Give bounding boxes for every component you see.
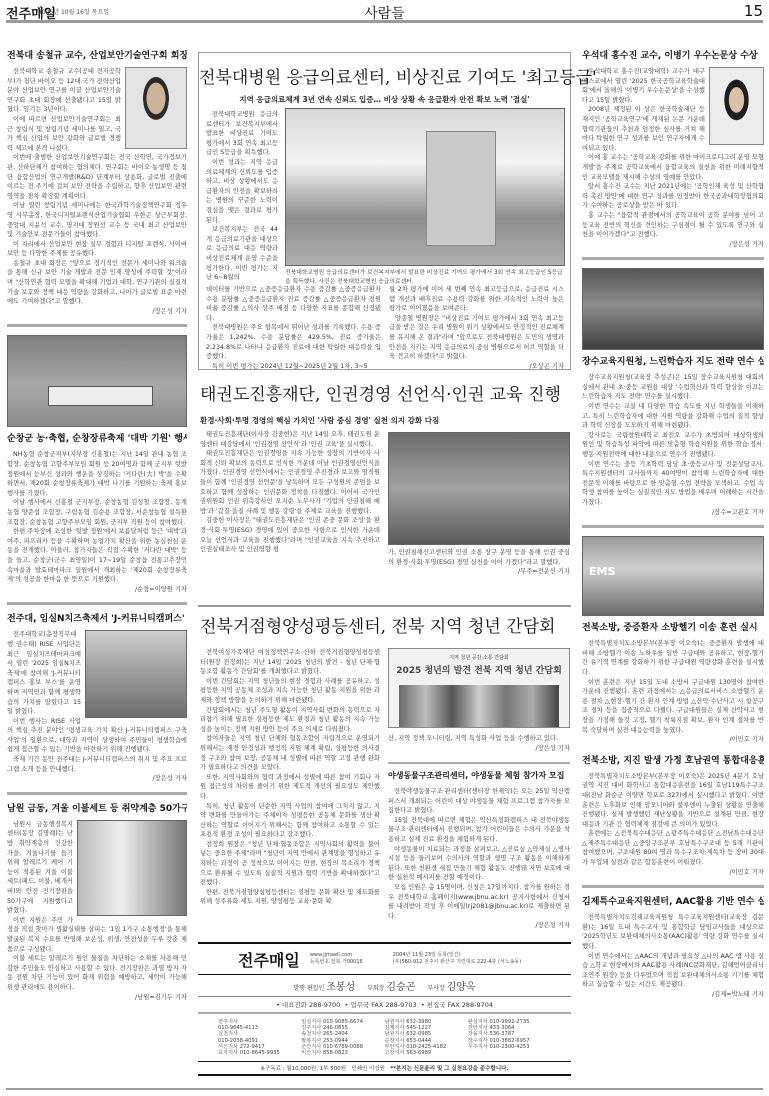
paragraph: 데이터를 기반으로 △중증응급환자 수용 증감률 △중증응급환자 수용 분담률 … <box>206 285 381 323</box>
paragraph: 앞서 홍수진 교수는 지난 2021년에는 '공학인재 육성 및 산학협력 촉진… <box>582 182 764 211</box>
byline: /장은성 기자 <box>582 240 764 250</box>
branch-directory: 전주지사임실지사 010-9085-6674남원지사 632-3980완실지사 … <box>198 1014 571 1061</box>
paragraph: 전북특별자치도김제교육지원청 특수교육지원센터(교육장 김문환)는 16일 도내… <box>582 913 764 951</box>
subheadline: 지역 응급의료체계 3년 연속 신뢰도 입증… 비상 상황 속 응급환자 안전 … <box>199 94 570 105</box>
paragraph: NH농협 순창군지부(지부장 신홍철)는 지난 14일 관내 농협 조합장, 순… <box>7 450 187 498</box>
byline: /김제=박노태 기자 <box>582 990 764 1000</box>
paragraph: 송철규 초대 회장은 "앞으로 정기적인 전문가 세미나와 워크숍을 통해 신규… <box>7 259 187 307</box>
masthead-rule <box>6 20 763 23</box>
article-fire-quake: 전북소방, 지진 발생 가정 호남권역 통합대응훈련 전북특별자치도소방본부(본… <box>582 755 764 878</box>
banner-title: 2025 청년의 발견 전북 지역 청년 간담회 <box>389 663 569 676</box>
paragraph: 전북야생동물구조·관리센터(센터장 한재익)는 오는 25일 익산캠퍼스서 개최… <box>388 787 570 816</box>
paragraph: 이번 지원은 주민 가정을 직접 찾아가 생활실태를 살피는 '1일 1가구 소… <box>7 916 187 954</box>
paragraph: 이 자리에서 산업보안 현장 실무 경험과 디지털 포렌식, 사이버보안 등 다… <box>7 240 187 259</box>
right-column: 우석대 홍수진 교수, 이병기 우수논문상 수상 우석대학교 홍수진(교양대학)… <box>582 50 764 1000</box>
article-taekwondo: 태권도진흥재단, 인권경영 선언식·인권 교육 진행 환경·사회·투명 경영의 … <box>198 380 571 590</box>
footer-logo: 전주매일 <box>238 948 300 971</box>
article-jeonju: 전주대, 임실N치즈축제서 'J-커뮤니티캠퍼스' 홍보 전주대학교(총장직무대… <box>7 613 187 784</box>
article-wildlife: 야생동물구조관리센터, 야생동물 체험 참가자 모집 전북야생동물구조·관리센터… <box>388 770 570 931</box>
article-gender: 전북거점형양성평등센터, 전북 지역 청년 간담회 전북여성가족재단 여성정책연… <box>198 612 571 932</box>
banner-small-text: 지역 청년 공감·소통 간담회 <box>389 654 569 661</box>
address: (우)560-912 전주시 완산구 기린대로 222-4층 (서노송동) <box>393 959 521 966</box>
headline[interactable]: 태권도진흥재단, 인권경영 선언식·인권 교육 진행 <box>200 380 571 405</box>
subscription-line: ※구독료 : 월10,000원, 1부 500원 인쇄인 이상원 **본지는 신… <box>198 1062 571 1074</box>
article-song: 전북대 송철규 교수, 산업보안기술연구회 회장에 전북대학교 송철규 교수(공… <box>7 50 187 316</box>
byline: /장은성 기자 <box>7 307 187 317</box>
article-hong: 우석대 홍수진 교수, 이병기 우수논문상 수상 우석대학교 홍수진(교양대학)… <box>582 50 764 249</box>
paragraph: 이번 훈련은 지난 15일 도내 소방서 구급대원 130명이 참여한 가운데 … <box>582 678 764 736</box>
paragraph: 태권도진흥재단(이사장 김중헌)은 지난 14일 오후, 태권도원 운영센터 대… <box>200 430 380 449</box>
staff-line: 발행·편집인 조봉성 부회장 김승곤 부사장 김양옥 <box>198 975 571 996</box>
paragraph: 이번 행사는 RISE 사업의 핵심 추진 분야인 '평생교육 가치 확산 J-… <box>7 717 187 755</box>
paragraph: 축제 기간 동안 전주대는 J-커뮤니티캠퍼스의 취지 및 주요 프로그램 소개… <box>7 755 187 774</box>
footer-rule <box>198 1074 571 1076</box>
left-column: 전북대 송철규 교수, 산업보안기술연구회 회장에 전북대학교 송철규 교수(공… <box>7 50 187 1002</box>
paragraph: 전정희 원장은 "청년 단체·협동조합은 지역사회의 활력을 불어넣는 중요한 … <box>200 840 380 888</box>
headline[interactable]: 순창군 농·축협, 순창장류축제 '대박 기원' 행사 <box>7 433 187 445</box>
booth-photo <box>85 630 187 718</box>
phone-line: • 대표전화 288-9700 • 업무국 FAX 288-9703 • 편집국… <box>198 997 571 1012</box>
registration-number: 등록번호 전북 가00016 <box>310 959 363 966</box>
hospital-text-left: 전북대학교병원 응급의료센터가 보건복지부에서 발표한 비상진료 기여도 평가에… <box>206 110 278 283</box>
banner-in-photo <box>48 386 153 406</box>
paragraph: 김중헌 이사장은 "태권도진흥재단은 '인권 존중 문화 조성'을 환경·사회·… <box>200 516 380 554</box>
paragraph: 한편, 전북거점형양성평등센터는 성평등 문화 확산 및 제도화를 위해 성주류… <box>200 888 380 907</box>
paragraph: 강사로는 국립창원대학교 최진오 교수가 초빙되어 대상학생의 원인 및 학습특… <box>582 431 764 460</box>
headline[interactable]: 전주대, 임실N치즈축제서 'J-커뮤니티캠퍼스' 홍보 <box>7 613 187 625</box>
divider <box>582 885 764 888</box>
spacer <box>582 745 764 755</box>
paragraph: 전북대학교병원 응급의료센터가 보건복지부에서 발표한 비상진료 기여도 평가에… <box>206 110 278 158</box>
article-hospital: 전북대병원 응급의료센터, 비상진료 기여도 '최고등급' 지역 응급의료체계 … <box>198 52 571 370</box>
paragraph: 전북특별자치도소방본부(본부장 이오숙)는 중증환자 발생에 대비해 소방헬기 … <box>582 639 764 677</box>
headline[interactable]: 전북소방, 지진 발생 가정 호남권역 통합대응훈련 <box>582 755 764 767</box>
vice-name: 김승곤 <box>386 982 415 993</box>
byline: /순창=이양원 기자 <box>7 585 187 595</box>
page-number: 15 <box>744 2 763 20</box>
article-gimje: 김제특수교육지원센터, AAC활용 기반 연수 실시 전북특별자치도김제교육지원… <box>582 896 764 999</box>
article-namwon: 남원 금동, 겨울 이불세트 등 취약계층 50가구 지원 남원시 금동행정복지… <box>7 803 187 1002</box>
paragraph: 장수교육지원청(교육장 추성곤)은 15일 장수교육지원청 대회의실에서 관내 … <box>582 373 764 402</box>
byline: /무주=전운선 기자 <box>388 567 570 577</box>
paragraph: 양종철 병원장은 "비상진료 기여도 평가에서 3회 연속 최고등급을 받은 것… <box>389 314 564 362</box>
paragraph: 이에 홍 교수는 '공학교육 강화를 위한 마이크로디그리 운영 모형 개발'을… <box>582 153 764 182</box>
byline: /장은성 기자 <box>388 921 570 931</box>
byline: /남원=김기두 기자 <box>7 993 187 1003</box>
paragraph: 전북여성가족재단 여성정책연구소 산하 전북거점형양성평등센터(원장 전정희)는… <box>200 648 380 677</box>
hospital-text-bottom-right: 월 2차 평가에 이어 세 번째 연속 최고등급으로, 응급진료 시스템 개선과… <box>389 285 564 371</box>
branch: 효자지사 010-8645-9935 <box>218 1050 301 1056</box>
taekwondo-text-right: 가, 인권침해신고센터와 인권 소통 창구 운영 등을 통해 인권 중심의 환경… <box>388 548 570 577</box>
taekwondo-text-left: 태권도진흥재단(이사장 김중헌)은 지난 14일 오후, 태권도원 운영센터 대… <box>200 430 380 555</box>
paragraph: 이불 세트는 알레르기 원인 물질을 차단하는 소재를 사용해 민감한 주민들도… <box>7 954 187 992</box>
ethics-statement: **본지는 신문윤리 및 그 실천요강을 준수합니다. <box>390 1066 508 1072</box>
gender-text-left: 전북여성가족재단 여성정책연구소 산하 전북거점형양성평등센터(원장 전정희)는… <box>200 648 380 907</box>
vp-name: 김양옥 <box>447 982 476 993</box>
publisher-name: 조봉성 <box>326 982 355 993</box>
page-bottom-rule <box>6 1088 763 1090</box>
paragraph: 참여자들은 지역 청년 단체와 협동조합이 자립적으로 운영되기 위해서는 재정… <box>200 734 380 772</box>
participants-group <box>399 685 559 727</box>
divider <box>388 762 570 764</box>
event-photo <box>7 335 187 427</box>
branch: 익산지사 858-0823 <box>301 1050 384 1056</box>
headline[interactable]: 전북거점형양성평등센터, 전북 지역 청년 간담회 <box>200 612 571 637</box>
youth-forum-photo: 지역 청년 공감·소통 간담회 2025 청년의 발견 전북 지역 청년 간담회 <box>388 648 570 728</box>
divider <box>198 605 571 607</box>
headline[interactable]: 전북대 송철규 교수, 산업보안기술연구회 회장에 <box>7 50 187 62</box>
ems-label: EMS <box>589 567 615 577</box>
headline[interactable]: 전북대병원 응급의료센터, 비상진료 기여도 '최고등급' <box>199 63 570 88</box>
paragraph: 야생동물이 치료되는 과정을 살펴보고, △진료실 △약제실 △병사시설 등을 … <box>388 845 570 883</box>
paragraph: 전북대병원은 주요 항목에서 뛰어난 성과를 기록했다. 수용 증가율은 1,2… <box>206 323 381 361</box>
byline: /오상곤 기자 <box>389 362 564 372</box>
paragraph: 특히, 청년 활동이 단순한 지역 사업의 참여에 그치지 않고, 지역 변화를… <box>200 802 380 840</box>
branch <box>468 1050 551 1056</box>
byline: /장수=고관호 기자 <box>582 508 764 518</box>
paragraph: 가, 인권침해신고센터와 인권 소통 창구 운영 등을 통해 인권 중심의 환경… <box>388 548 570 567</box>
footer-address-info: 2004년 11월 23일 등록(일간) (우)560-912 전주시 완산구 … <box>393 952 521 966</box>
paragraph: 월 2차 평가에 이어 세 번째 연속 최고등급으로, 응급진료 시스템 개선과… <box>389 285 564 314</box>
paragraph: 전북특별자치도소방본부(본부장 이오숙)은 2025년 4분기 호남권역 지진 … <box>582 772 764 830</box>
paragraph: 한편 주차장에 조성한 '텃밭 정원'에서 보름달처럼 둥근 '대박'과 여주,… <box>7 527 187 585</box>
paragraph: 보건복지부는 전국 44개 응급의료기관을 대상으로 응급의료 대응 역량과 비… <box>206 225 278 283</box>
subheadline: 환경·사회·투명 경영의 핵심 가치인 '사람 중심 경영' 실천 의지 강화 … <box>200 415 571 426</box>
paragraph: 또한, 지역사회와의 협력 과정에서 성별에 따른 참여 기회나 자원 접근성의… <box>200 773 380 802</box>
printer: 인쇄인 이상원 <box>351 1066 385 1072</box>
headline[interactable]: 야생동물구조관리센터, 야생동물 체험 참가자 모집 <box>388 770 570 782</box>
article-fire-heli: EMS 전북소방, 중증환자 소방헬기 이송 훈련 실시 전북특별자치도소방본부… <box>582 536 764 745</box>
paragraph: 이번 성과는 지역 응급의료체계의 신뢰도를 입증하고, 비상 상황에서도 응급… <box>206 158 278 225</box>
headline[interactable]: 우석대 홍수진 교수, 이병기 우수논문상 수상 <box>582 50 764 62</box>
branch: 고창지사 563-6989 <box>385 1050 468 1056</box>
publisher-label: 발행·편집인 <box>293 985 324 992</box>
divider <box>582 257 764 260</box>
hospital-text-bottom-left: 데이터를 기반으로 △중증응급환자 수용 증감률 △중증응급환자 수용 분담률 … <box>206 285 381 371</box>
founded-date: 2004년 11월 23일 등록(일간) <box>393 952 521 959</box>
divider <box>7 602 187 605</box>
editorial-fax: • 편집국 FAX 288-9704 <box>421 1001 493 1009</box>
paragraph: 이번 연수는 교실 내 다양한 학습 속도를 지닌 학생들을 이해하고, 특히 … <box>582 402 764 431</box>
training-photo <box>582 268 764 350</box>
website-link[interactable]: www.jjmaeil.com <box>310 952 363 959</box>
subscription-price: ※구독료 : 월10,000원, 1부 500원 <box>260 1066 346 1072</box>
paragraph: 이번 간담회는 지역 청년들의 현장 경험과 사례를 공유하고, 성평등한 지역… <box>200 677 380 706</box>
vp-label: 부사장 <box>427 985 444 992</box>
paragraph: 이번 연수에서는 △AAC의 개념과 필요성 △나의 AAC 앱 사용 실습 △… <box>582 952 764 990</box>
main-phone: • 대표전화 288-9700 <box>276 1001 340 1009</box>
building-shape <box>426 131 496 246</box>
donation-photo <box>77 820 187 916</box>
vice-label: 부회장 <box>367 985 384 992</box>
business-fax: • 업무국 FAX 288-9703 <box>344 1001 416 1009</box>
ceremony-photo <box>388 432 570 545</box>
headline[interactable]: 남원 금동, 겨울 이불세트 등 취약계층 50가구 지원 <box>7 803 187 815</box>
paragraph: 간담회에서는 청년 주도형 활동이 지역사회 변화의 동력으로 자리잡기 위해 … <box>200 706 380 735</box>
photo-caption: 전북대학교병원 응급의료센터가 보건복지부에서 발표한 비상진료 기여도 평가에… <box>285 269 565 286</box>
paragraph: 산, 지역 정책 모니터링, 지역 특성화 사업 등을 수행하고 있다. <box>388 734 570 744</box>
paragraph: 모집 인원은 총 15명이며, 신청은 17일까지다. 참가를 원하는 경우 전… <box>388 883 570 921</box>
divider <box>7 792 187 795</box>
portrait-photo <box>709 67 764 145</box>
paragraph: 이날 열린 창립기념 세미나에는 한국과학기술정책연구회 정우영 사무총장, 한… <box>7 201 187 239</box>
helicopter-photo: EMS <box>582 536 764 616</box>
headline[interactable]: 전북소방, 중증환자 소방헬기 이송 훈련 실시 <box>582 622 764 634</box>
gender-text-right: 산, 지역 정책 모니터링, 지역 특성화 사업 등을 수행하고 있다. /장은… <box>388 734 570 753</box>
paragraph: 이날 행사에서 신홍철 군지부장, 순창농협 김성철 조합장, 동계농협 양준섭… <box>7 498 187 527</box>
paragraph: 이번에 출범한 산업보안기술연구회는 전국 산학연, 국가정보기관, 산하단체가… <box>7 153 187 201</box>
footer-header: 전주매일 www.jjmaeil.com 등록번호 전북 가00016 2004… <box>198 944 571 974</box>
divider <box>582 525 764 528</box>
article-sunchang: 순창군 농·축협, 순창장류축제 '대박 기원' 행사 NH농협 순창군지부(지… <box>7 335 187 594</box>
headline[interactable]: 장수교육지원청, 느린학습자 지도 전략 연수 실시 <box>582 356 764 368</box>
paragraph: 태권도진흥재단은 인권경영을 지속 가능한 성장의 기반이자 사회적 신뢰 확보… <box>200 449 380 516</box>
byline: /장은성 기자 <box>388 744 570 754</box>
byline: /장은성 기자 <box>7 774 187 784</box>
paragraph: 15일 전북대에 따르면 체험은 익산특성화캠퍼스 내 전북야생동물구조·관리센… <box>388 816 570 845</box>
paragraph: 훈련에는 △전북특수대응단 △광주특수대응단 △전남특수대응단 △제주특수대응단… <box>582 829 764 867</box>
article-jangsu: 장수교육지원청, 느린학습자 지도 전략 연수 실시 장수교육지원청(교육장 추… <box>582 268 764 517</box>
wildlife-text: 전북야생동물구조·관리센터(센터장 한재익)는 오는 25일 익산캠퍼스서 개최… <box>388 787 570 931</box>
portrait-photo <box>125 67 187 149</box>
headline[interactable]: 김제특수교육지원센터, AAC활용 기반 연수 실시 <box>582 896 764 908</box>
byline: /이민호 기자 <box>582 868 764 878</box>
imprint-footer: 전주매일 www.jjmaeil.com 등록번호 전북 가00016 2004… <box>198 942 571 1076</box>
divider <box>7 324 187 327</box>
paragraph: 홍 교수는 "융합적 관점에서의 공학교육이 공학 분야를 넘어 고등교육 전반… <box>582 211 764 240</box>
paragraph: 이번 연수는 중등 기초학력 담당 초·중등교사 및 전문상담교사, 특수지원센… <box>582 460 764 508</box>
footer-site-info: www.jjmaeil.com 등록번호 전북 가00016 <box>310 952 363 966</box>
hospital-building-photo <box>285 108 565 266</box>
paragraph: 특히 이번 평가는 2024년 12월~2025년 2월 1차, 3~5 <box>206 362 381 372</box>
byline: /이민호 기자 <box>582 735 764 745</box>
masthead: 전주매일 2025년 10월 16일 목요일 사람들 15 <box>0 0 769 26</box>
